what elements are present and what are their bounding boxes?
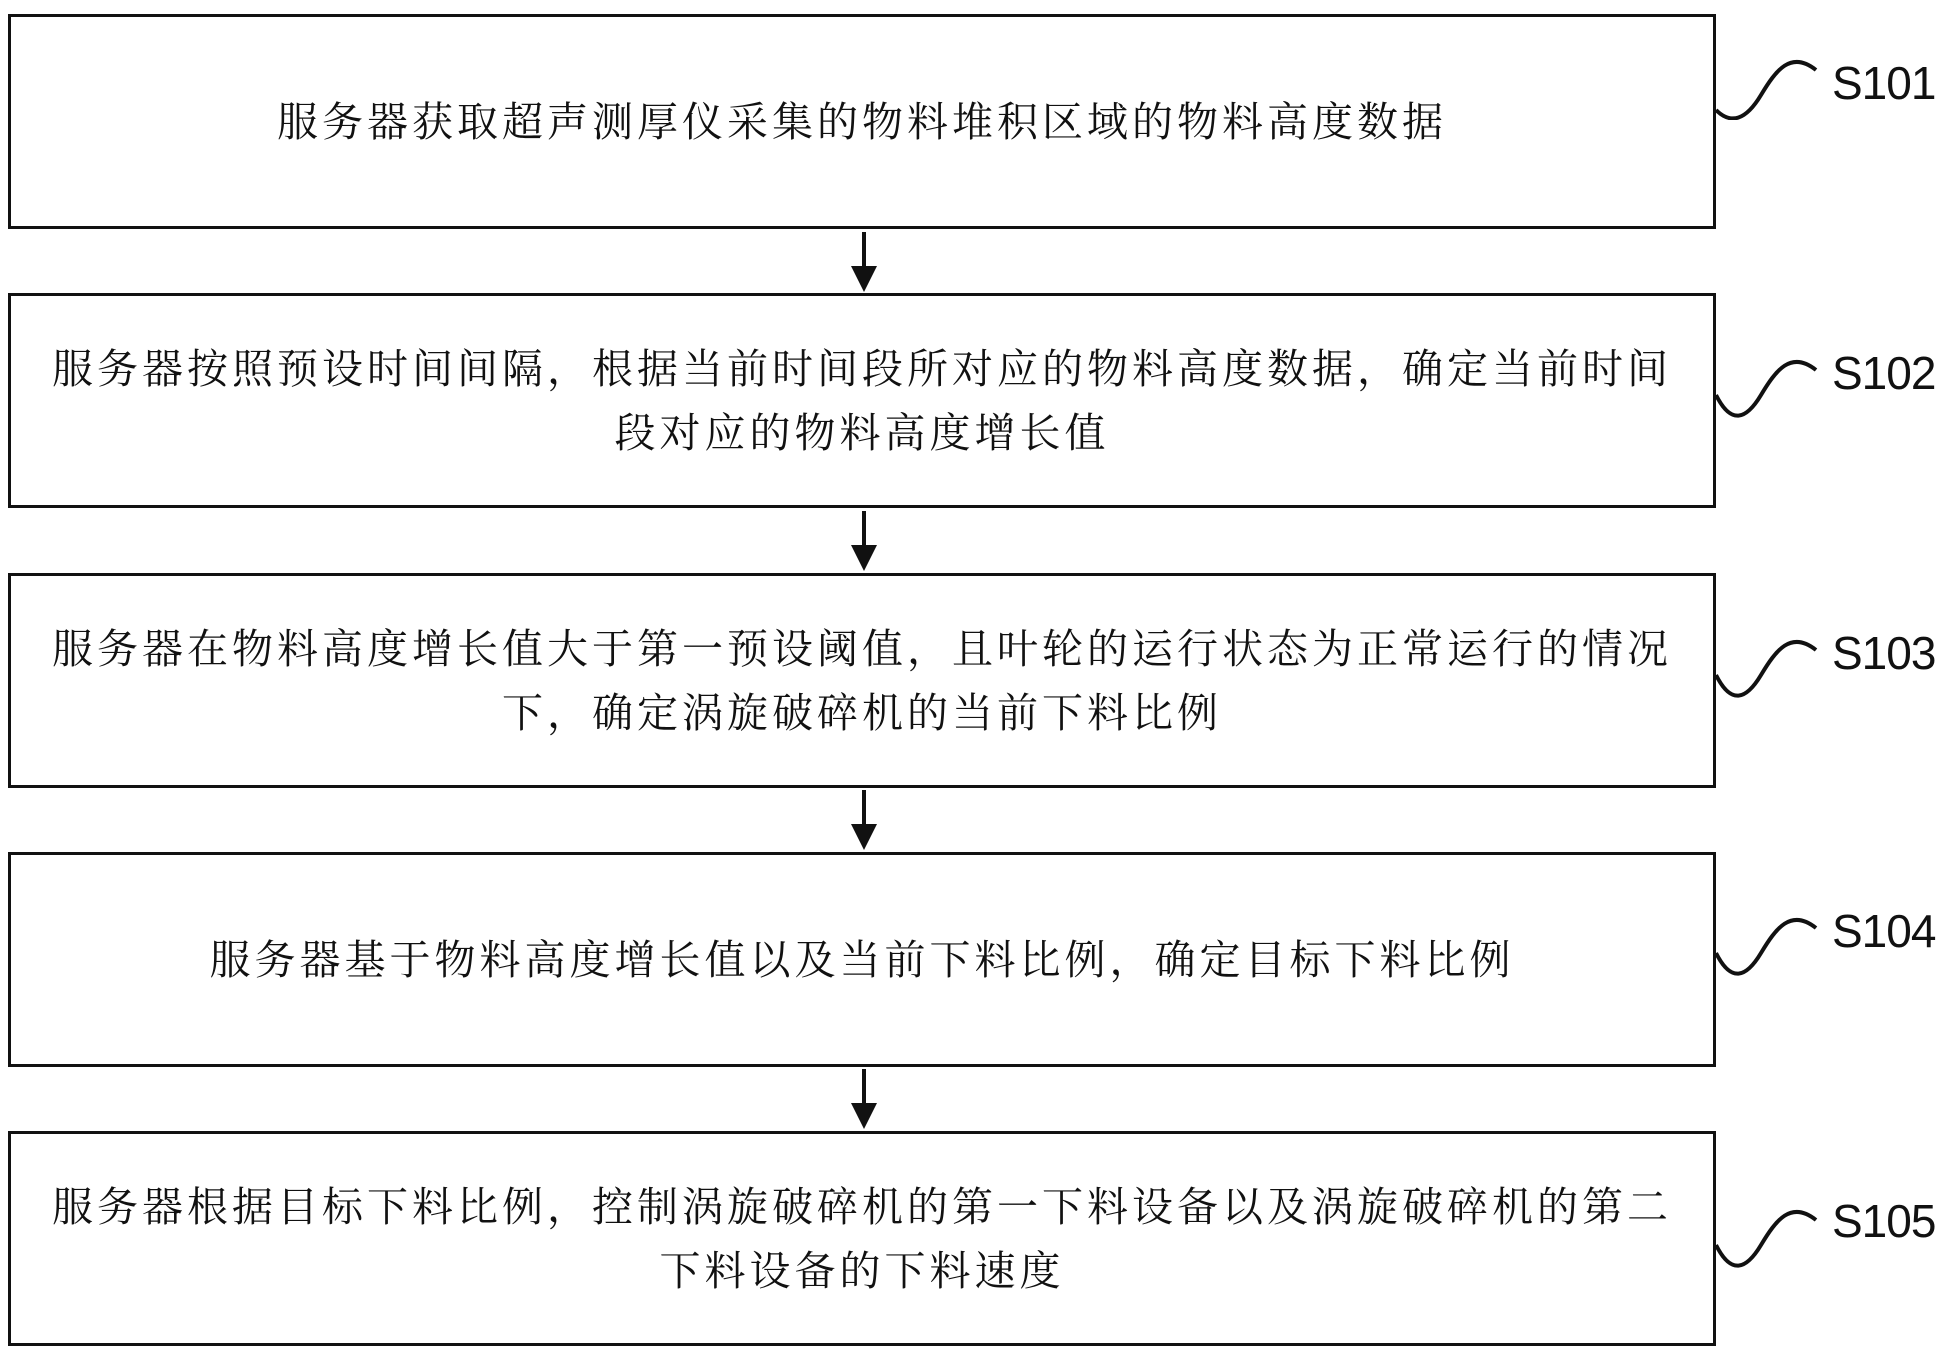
- step-label-s101: S101: [1832, 56, 1935, 110]
- step-box-s105: 服务器根据目标下料比例，控制涡旋破碎机的第一下料设备以及涡旋破碎机的第二下料设备…: [8, 1131, 1716, 1346]
- flow-arrow-3-shaft: [862, 790, 866, 826]
- step-text-s105: 服务器根据目标下料比例，控制涡旋破碎机的第一下料设备以及涡旋破碎机的第二下料设备…: [42, 1175, 1682, 1303]
- flow-arrow-1-shaft: [862, 232, 866, 268]
- arrow-down-icon: [851, 545, 877, 571]
- arrow-down-icon: [851, 1103, 877, 1129]
- leader-line-icon: [1716, 50, 1826, 120]
- step-label-s105: S105: [1832, 1194, 1935, 1248]
- step-text-s104: 服务器基于物料高度增长值以及当前下料比例，确定目标下料比例: [42, 928, 1682, 992]
- leader-line-icon: [1716, 908, 1826, 978]
- step-label-s102: S102: [1832, 346, 1935, 400]
- step-text-s102: 服务器按照预设时间间隔，根据当前时间段所对应的物料高度数据，确定当前时间段对应的…: [42, 337, 1682, 465]
- flow-arrow-4-shaft: [862, 1069, 866, 1105]
- step-text-s101: 服务器获取超声测厚仪采集的物料堆积区域的物料高度数据: [42, 90, 1682, 154]
- step-box-s101: 服务器获取超声测厚仪采集的物料堆积区域的物料高度数据: [8, 14, 1716, 229]
- arrow-down-icon: [851, 266, 877, 292]
- leader-line-icon: [1716, 1200, 1826, 1270]
- leader-line-icon: [1716, 350, 1826, 420]
- leader-line-icon: [1716, 630, 1826, 700]
- step-box-s102: 服务器按照预设时间间隔，根据当前时间段所对应的物料高度数据，确定当前时间段对应的…: [8, 293, 1716, 508]
- step-label-s103: S103: [1832, 626, 1935, 680]
- arrow-down-icon: [851, 824, 877, 850]
- flow-arrow-2-shaft: [862, 511, 866, 547]
- step-box-s104: 服务器基于物料高度增长值以及当前下料比例，确定目标下料比例: [8, 852, 1716, 1067]
- step-text-s103: 服务器在物料高度增长值大于第一预设阈值，且叶轮的运行状态为正常运行的情况下，确定…: [42, 617, 1682, 745]
- step-box-s103: 服务器在物料高度增长值大于第一预设阈值，且叶轮的运行状态为正常运行的情况下，确定…: [8, 573, 1716, 788]
- step-label-s104: S104: [1832, 904, 1935, 958]
